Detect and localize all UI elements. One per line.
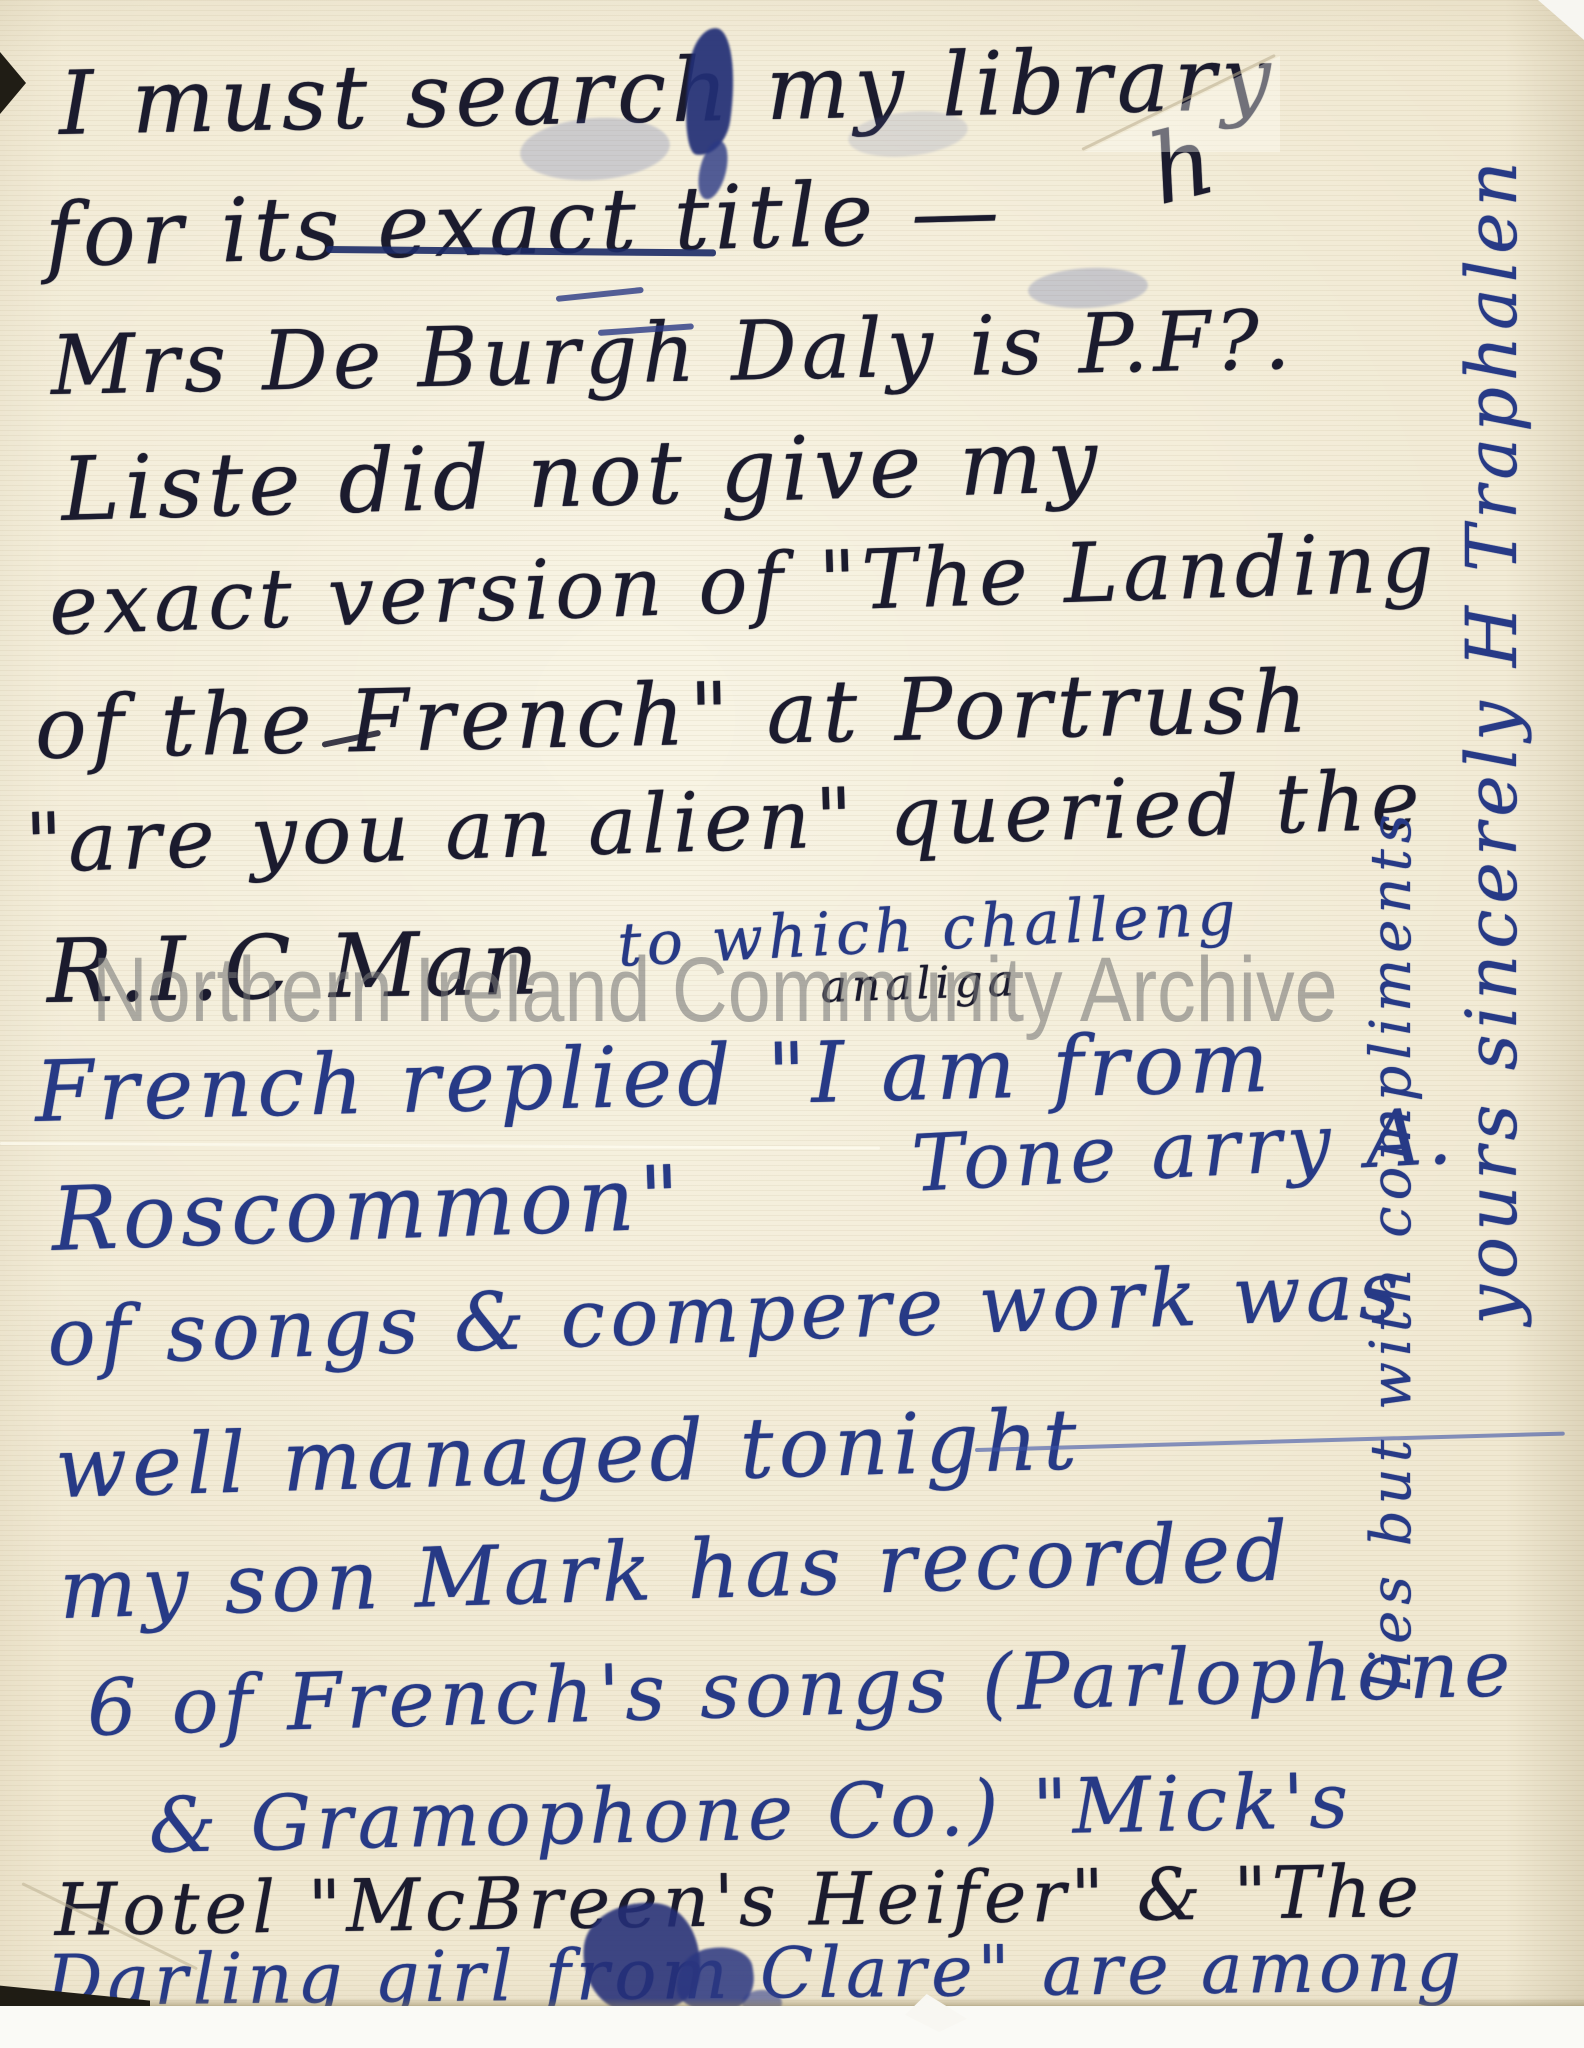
- handwriting-line: I must search my library: [58, 35, 1277, 148]
- bottom-paper-edge-shadow: [0, 1998, 1584, 2006]
- margin-handwriting-line: yours sincerely H Traphalen: [1457, 50, 1527, 1430]
- margin-handwriting-line: lies but with compliments: [1364, 760, 1420, 1740]
- handwriting-line: Roscommon": [50, 1154, 686, 1264]
- handwriting-line: of the French" at Portrush: [34, 659, 1313, 772]
- handwriting-line: Mrs De Burgh Daly is P.F?.: [50, 300, 1296, 408]
- handwriting-line: for its exact title —: [44, 167, 1005, 280]
- scanned-letter-page: I must search my libraryfor its exact ti…: [0, 0, 1584, 2048]
- archive-watermark: Northern Ireland Community Archive: [92, 938, 1338, 1043]
- scanner-background-bottom: [0, 2006, 1584, 2048]
